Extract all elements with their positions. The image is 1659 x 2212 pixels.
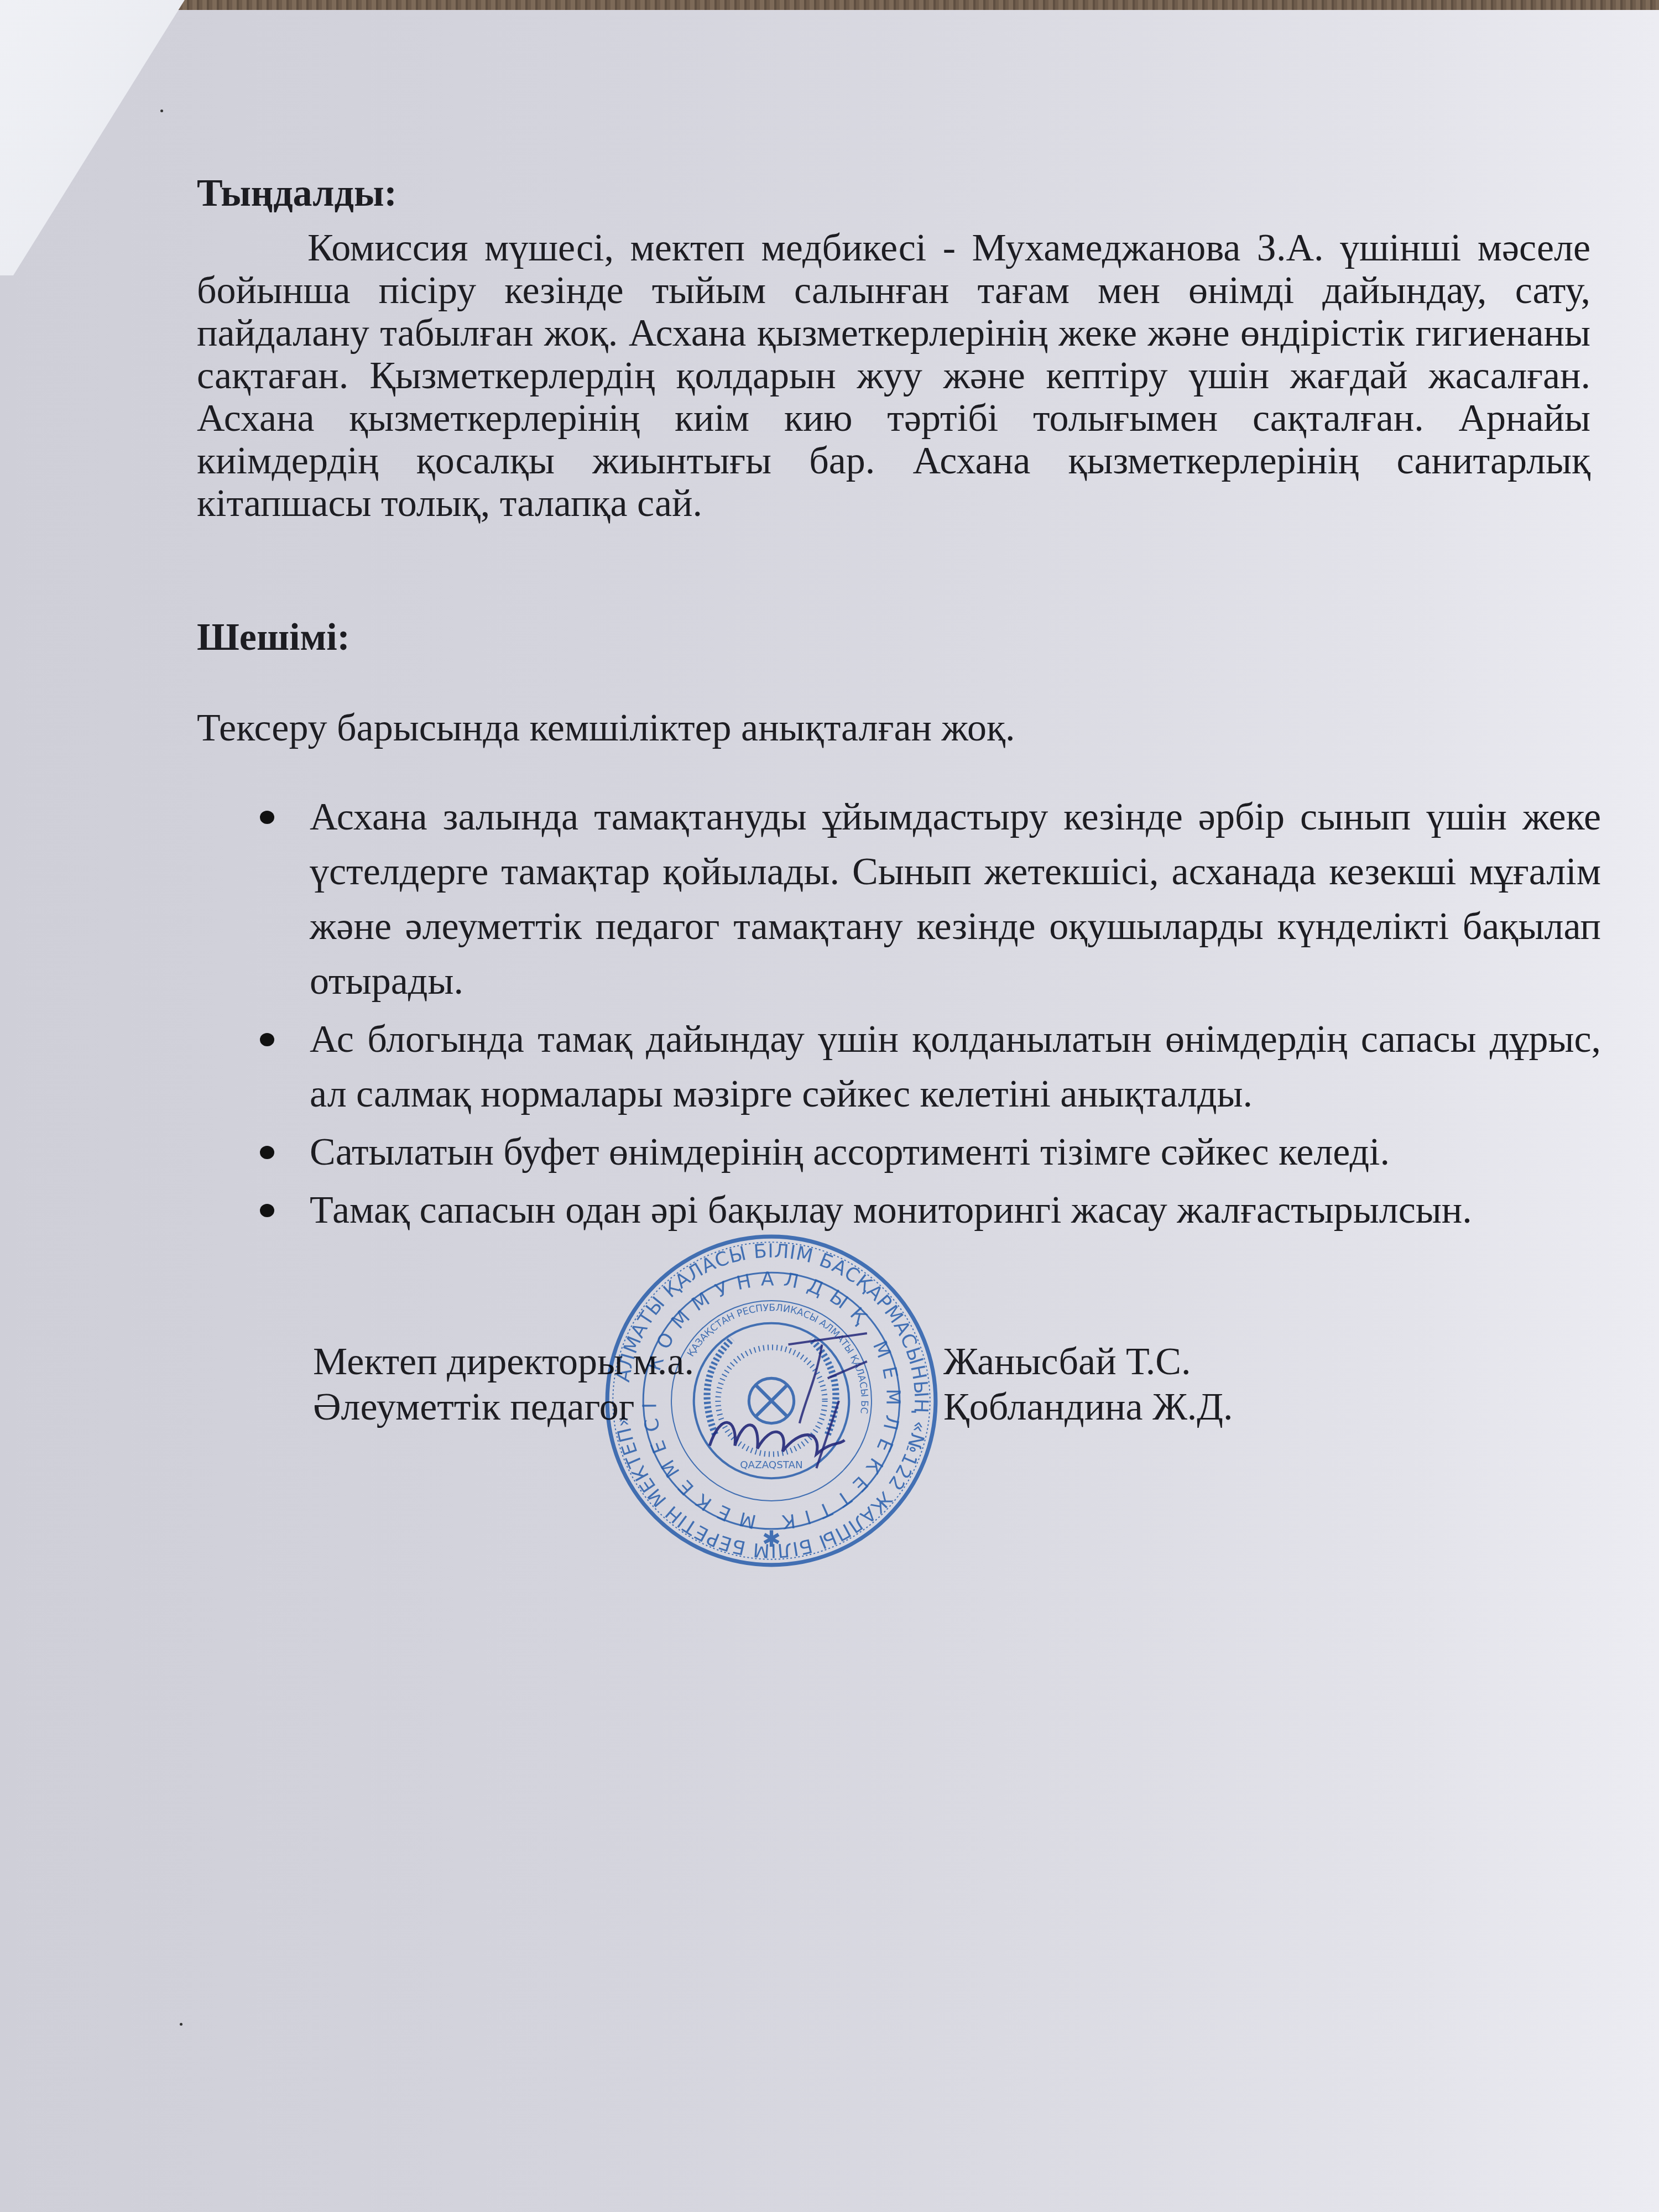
- svg-text:✱: ✱: [762, 1526, 781, 1552]
- bullet-text: Тамақ сапасын одан әрі бақылау мониторин…: [310, 1189, 1472, 1232]
- paper-speck: [160, 109, 163, 112]
- folded-page-corner: [0, 0, 199, 275]
- svg-text:QAZAQSTAN: QAZAQSTAN: [740, 1459, 803, 1471]
- signature-name: Қобландина Ж.Д.: [943, 1385, 1233, 1430]
- signature-name: Жанысбай Т.С.: [943, 1340, 1191, 1384]
- decision-summary: Тексеру барысында кемшіліктер анықталған…: [197, 707, 1015, 749]
- decision-bullet-item: Ас блогында тамақ дайындау үшін қолданыл…: [260, 1012, 1601, 1121]
- bullet-icon: [260, 811, 274, 824]
- signature-role: Әлеуметтік педагог: [313, 1386, 634, 1428]
- paper-speck: [180, 2023, 182, 2026]
- bullet-icon: [260, 1146, 274, 1159]
- official-stamp-icon: АЛМАТЫ ҚАЛАСЫ БІЛІМ БАСҚАРМАСЫНЫҢ «№122 …: [603, 1232, 940, 1569]
- decision-bullet-item: Тамақ сапасын одан әрі бақылау мониторин…: [260, 1183, 1601, 1238]
- signature-row-social-pedagogue: Әлеуметтік педагог Қобландина Ж.Д.: [313, 1385, 634, 1430]
- decision-bullet-list: Асхана залында тамақтануды ұйымдастыру к…: [260, 790, 1601, 1241]
- bullet-text: Сатылатын буфет өнімдерінің ассортименті…: [310, 1131, 1390, 1173]
- heading-decision: Шешімі:: [197, 615, 350, 660]
- bullet-text: Ас блогында тамақ дайындау үшін қолданыл…: [310, 1018, 1601, 1115]
- decision-bullet-item: Сатылатын буфет өнімдерінің ассортименті…: [260, 1125, 1601, 1180]
- bullet-icon: [260, 1033, 274, 1046]
- bullet-text: Асхана залында тамақтануды ұйымдастыру к…: [310, 796, 1601, 1003]
- decision-bullet-item: Асхана залында тамақтануды ұйымдастыру к…: [260, 790, 1601, 1009]
- heard-paragraph: Комиссия мүшесі, мектеп медбикесі - Муха…: [197, 227, 1590, 525]
- heading-heard: Тыңдалды:: [197, 171, 397, 216]
- heard-paragraph-text: Комиссия мүшесі, мектеп медбикесі - Муха…: [197, 227, 1590, 525]
- document-page: Тыңдалды: Комиссия мүшесі, мектеп медбик…: [0, 10, 1659, 2212]
- bullet-icon: [260, 1204, 274, 1217]
